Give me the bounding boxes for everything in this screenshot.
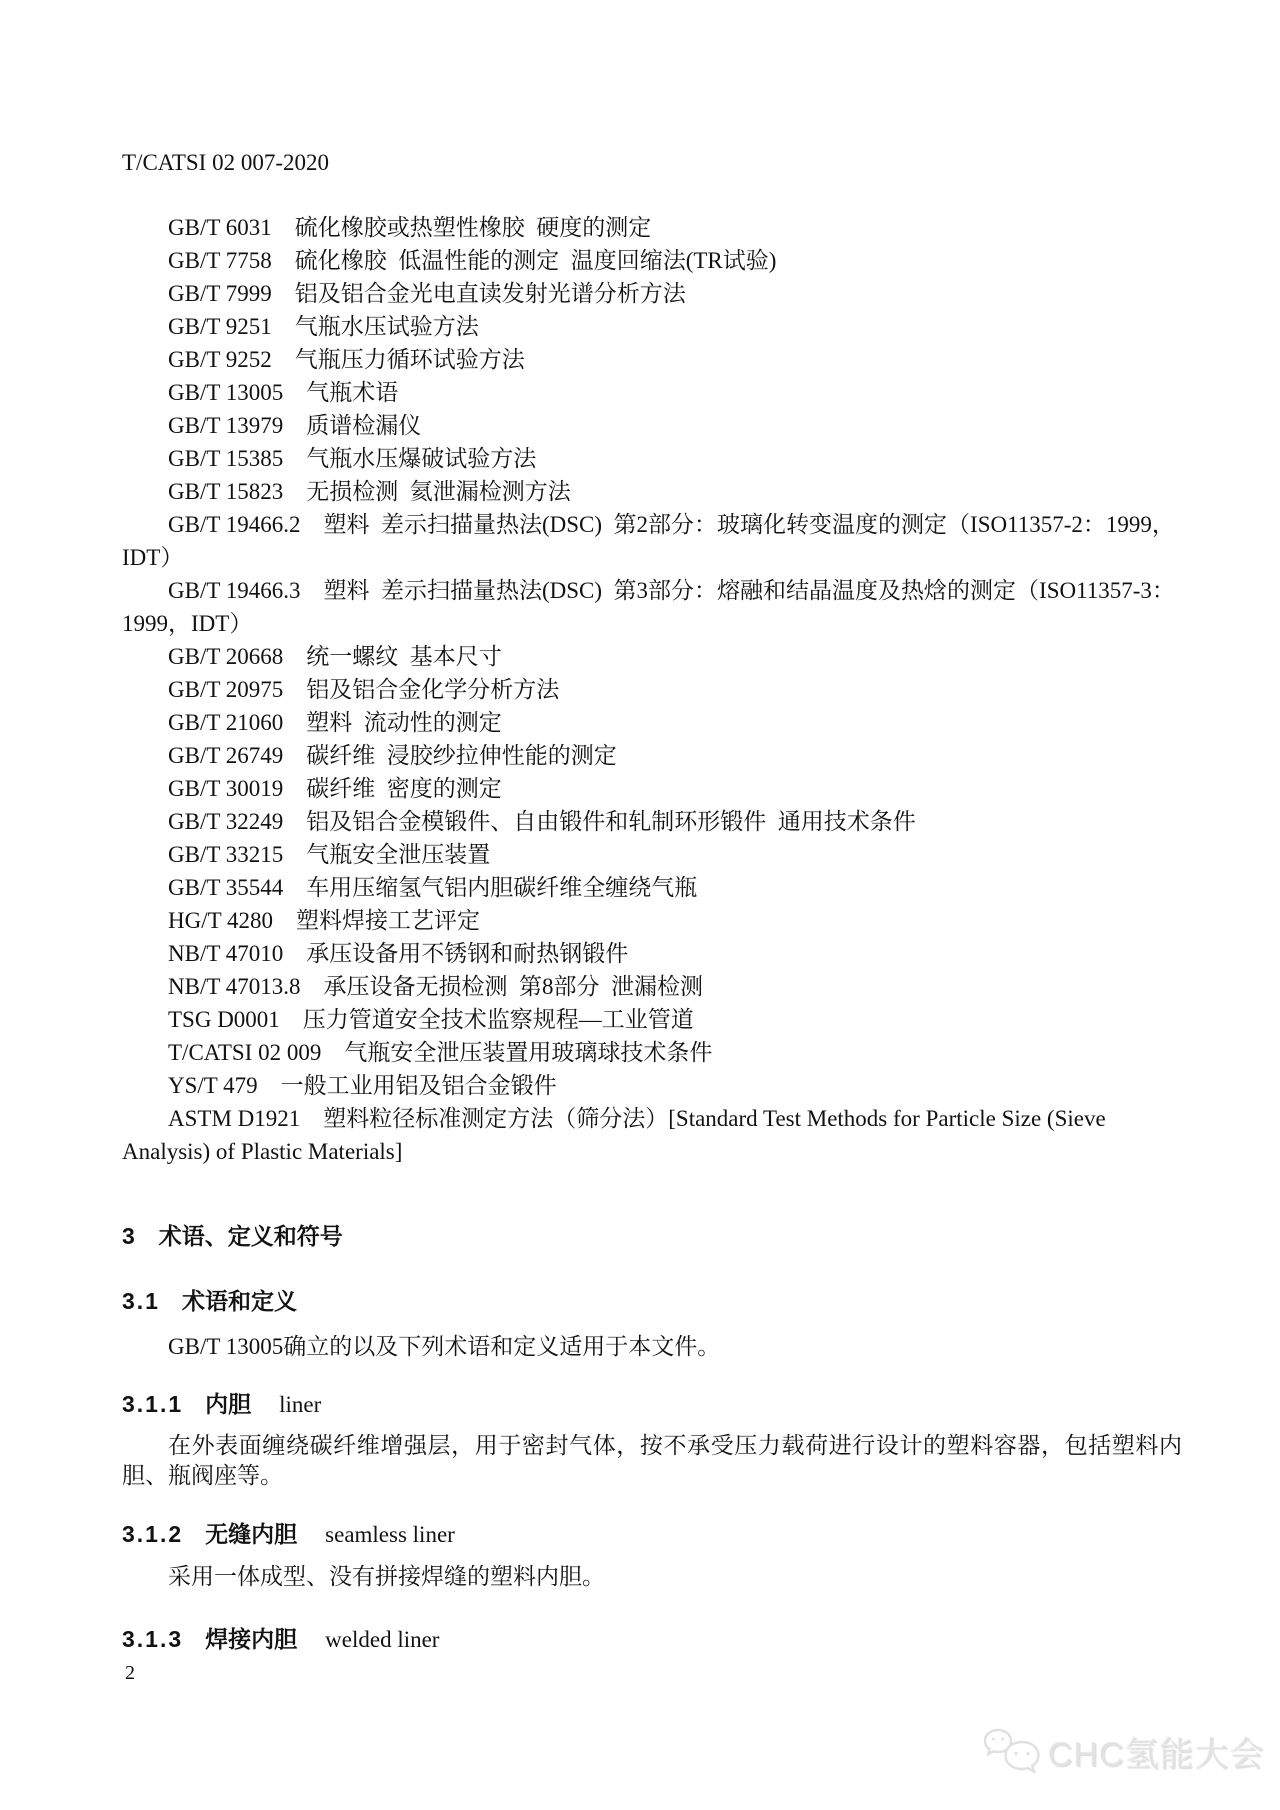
reference-line: T/CATSI 02 009 气瓶安全泄压装置用玻璃球技术条件 [122, 1036, 1182, 1069]
reference-line: GB/T 13979 质谱检漏仪 [122, 409, 1182, 442]
watermark: CHC氢能大会 [984, 1726, 1265, 1776]
term-en: welded liner [325, 1627, 439, 1652]
reference-line: ASTM D1921 塑料粒径标准测定方法（筛分法）[Standard Test… [122, 1102, 1182, 1135]
reference-line-continuation: IDT） [122, 541, 1182, 574]
term-number: 3.1.1 [122, 1391, 183, 1417]
section-title: 术语、定义和符号 [159, 1223, 343, 1249]
reference-line: GB/T 9252 气瓶压力循环试验方法 [122, 343, 1182, 376]
reference-line: NB/T 47010 承压设备用不锈钢和耐热钢锻件 [122, 937, 1182, 970]
watermark-text: CHC氢能大会 [1048, 1727, 1265, 1776]
reference-line: GB/T 21060 塑料 流动性的测定 [122, 706, 1182, 739]
wechat-icon [984, 1726, 1042, 1776]
term-3-1-2-heading: 3.1.2无缝内胆seamless liner [122, 1516, 455, 1549]
reference-line: GB/T 7999 铝及铝合金光电直读发射光谱分析方法 [122, 277, 1182, 310]
reference-line: HG/T 4280 塑料焊接工艺评定 [122, 904, 1182, 937]
section-title: 术语和定义 [182, 1288, 297, 1314]
reference-line: GB/T 13005 气瓶术语 [122, 376, 1182, 409]
reference-line: GB/T 35544 车用压缩氢气铝内胆碳纤维全缠绕气瓶 [122, 871, 1182, 904]
term-zh: 焊接内胆 [205, 1626, 297, 1652]
reference-line: GB/T 26749 碳纤维 浸胶纱拉伸性能的测定 [122, 739, 1182, 772]
reference-line: YS/T 479 一般工业用铝及铝合金锻件 [122, 1069, 1182, 1102]
reference-line: GB/T 32249 铝及铝合金模锻件、自由锻件和轧制环形锻件 通用技术条件 [122, 805, 1182, 838]
reference-line: GB/T 15385 气瓶水压爆破试验方法 [122, 442, 1182, 475]
reference-line: GB/T 20668 统一螺纹 基本尺寸 [122, 640, 1182, 673]
reference-line: GB/T 15823 无损检测 氦泄漏检测方法 [122, 475, 1182, 508]
term-zh: 内胆 [205, 1391, 251, 1417]
reference-line: GB/T 7758 硫化橡胶 低温性能的测定 温度回缩法(TR试验) [122, 244, 1182, 277]
term-number: 3.1.2 [122, 1521, 183, 1547]
reference-line-continuation: Analysis) of Plastic Materials] [122, 1135, 1182, 1168]
terms-intro-paragraph: GB/T 13005确立的以及下列术语和定义适用于本文件。 [122, 1332, 1182, 1362]
reference-line: GB/T 19466.3 塑料 差示扫描量热法(DSC) 第3部分：熔融和结晶温… [122, 574, 1182, 607]
reference-line: NB/T 47013.8 承压设备无损检测 第8部分 泄漏检测 [122, 970, 1182, 1003]
term-en: liner [279, 1392, 321, 1417]
reference-line-continuation: 1999，IDT） [122, 607, 1182, 640]
doc-code: T/CATSI 02 007-2020 [122, 150, 329, 176]
references-list: GB/T 6031 硫化橡胶或热塑性橡胶 硬度的测定 GB/T 7758 硫化橡… [122, 211, 1182, 1168]
term-3-1-1-heading: 3.1.1内胆liner [122, 1386, 321, 1419]
term-3-1-3-heading: 3.1.3焊接内胆welded liner [122, 1621, 439, 1654]
reference-line: GB/T 6031 硫化橡胶或热塑性橡胶 硬度的测定 [122, 211, 1182, 244]
section-number: 3 [122, 1223, 137, 1249]
reference-line: GB/T 19466.2 塑料 差示扫描量热法(DSC) 第2部分：玻璃化转变温… [122, 508, 1182, 541]
term-zh: 无缝内胆 [205, 1521, 297, 1547]
page-number: 2 [125, 1662, 135, 1685]
term-en: seamless liner [325, 1522, 455, 1547]
reference-line: GB/T 33215 气瓶安全泄压装置 [122, 838, 1182, 871]
reference-line: GB/T 9251 气瓶水压试验方法 [122, 310, 1182, 343]
reference-line: GB/T 30019 碳纤维 密度的测定 [122, 772, 1182, 805]
section-number: 3.1 [122, 1288, 160, 1314]
reference-line: GB/T 20975 铝及铝合金化学分析方法 [122, 673, 1182, 706]
section-3-1-heading: 3.1术语和定义 [122, 1283, 297, 1316]
term-3-1-1-definition: 在外表面缠绕碳纤维增强层，用于密封气体，按不承受压力载荷进行设计的塑料容器，包括… [122, 1431, 1182, 1491]
term-3-1-2-definition: 采用一体成型、没有拼接焊缝的塑料内胆。 [122, 1562, 1182, 1592]
document-page: { "page": { "doc_code": "T/CATSI 02 007-… [0, 0, 1280, 1810]
term-number: 3.1.3 [122, 1626, 183, 1652]
reference-line: TSG D0001 压力管道安全技术监察规程—工业管道 [122, 1003, 1182, 1036]
section-3-heading: 3术语、定义和符号 [122, 1218, 343, 1251]
